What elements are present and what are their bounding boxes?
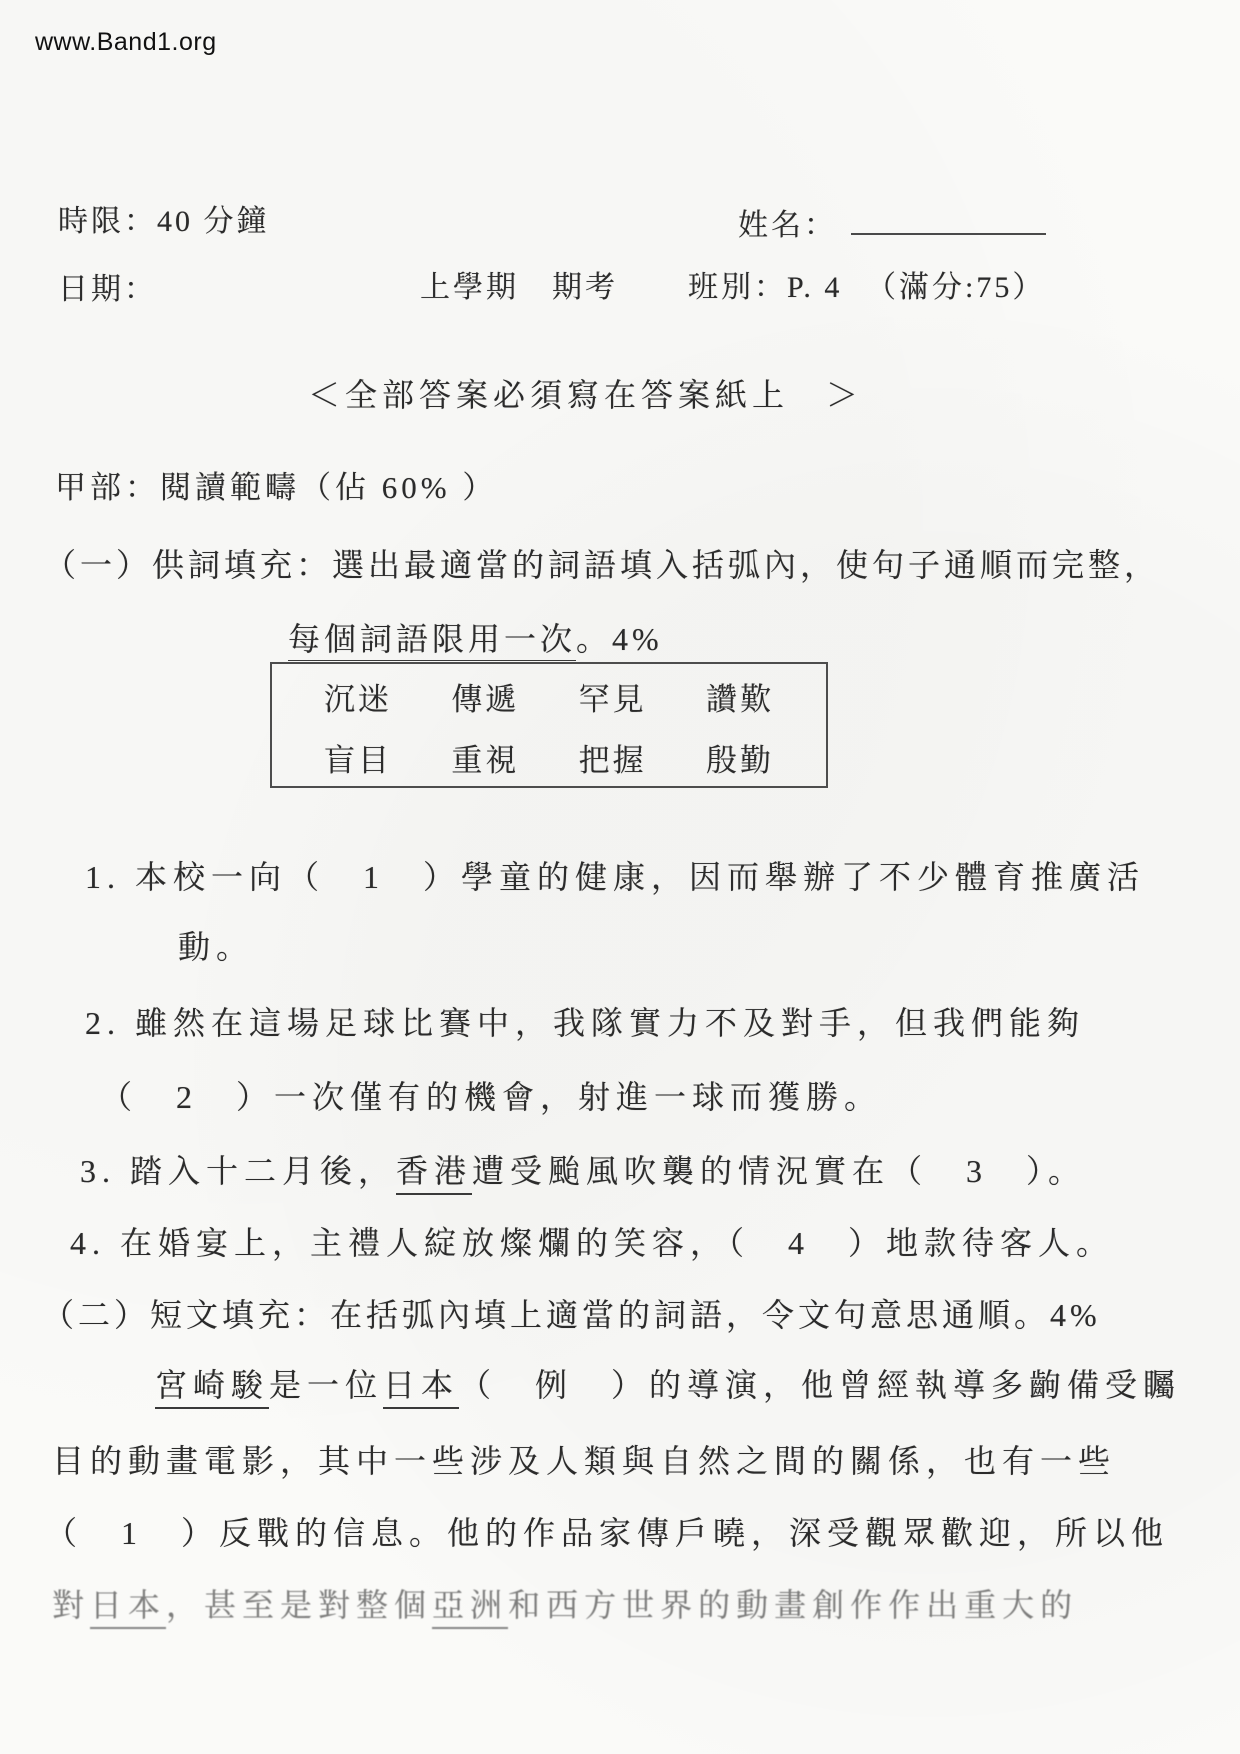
word-bank-word: 殷勤 bbox=[706, 735, 774, 780]
paragraph-text: 對 bbox=[52, 1587, 90, 1623]
part2-paragraph-line-2: 目的動畫電影，其中一些涉及人類與自然之間的關係，也有一些 bbox=[52, 1436, 1116, 1482]
underlined-term: 日本 bbox=[90, 1587, 166, 1629]
word-bank-word: 把握 bbox=[579, 735, 647, 780]
name-blank-line bbox=[851, 203, 1046, 235]
watermark-text: www.Band1.org bbox=[35, 28, 217, 57]
paragraph-text: （ 例 ）的導演，他曾經執導多齣備受矚 bbox=[459, 1367, 1181, 1403]
underlined-term: 日本 bbox=[383, 1367, 459, 1409]
date-label: 日期： bbox=[58, 264, 157, 308]
paragraph-text: ，甚至是對整個 bbox=[166, 1587, 432, 1623]
word-bank-word: 盲目 bbox=[324, 735, 392, 780]
word-bank-word: 罕見 bbox=[579, 674, 647, 719]
question-2-line-2: （ 2 ）一次僅有的機會，射進一球而獲勝。 bbox=[100, 1072, 882, 1118]
question-1-line-1: 1. 本校一向（ 1 ）學童的健康，因而舉辦了不少體育推廣活 bbox=[85, 852, 1145, 898]
paragraph-text: 是一位 bbox=[269, 1367, 383, 1403]
question-3-text: 遭受颱風吹襲的情況實在（ 3 ）。 bbox=[472, 1153, 1086, 1189]
name-field: 姓名： bbox=[738, 200, 1046, 244]
word-bank-row-2: 盲目 重視 把握 殷勤 bbox=[324, 735, 774, 780]
exam-paper-page: www.Band1.org 時限：40 分鐘 姓名： 日期： 上學期 期考 班別… bbox=[0, 0, 1240, 1754]
word-bank-row-1: 沉迷 傳遞 罕見 讚歎 bbox=[324, 674, 774, 719]
question-1-line-2: 動。 bbox=[178, 922, 254, 968]
answer-sheet-notice: ＜全部答案必須寫在答案紙上 ＞ bbox=[308, 370, 863, 416]
part2-instruction: （二）短文填充：在括弧內填上適當的詞語，令文句意思通順。4% bbox=[42, 1290, 1101, 1336]
word-bank-word: 讚歎 bbox=[706, 674, 774, 719]
question-2-line-1: 2. 雖然在這場足球比賽中，我隊實力不及對手，但我們能夠 bbox=[85, 998, 1085, 1044]
part2-paragraph-line-3: （ 1 ）反戰的信息。他的作品家傳戶曉，深受觀眾歡迎，所以他 bbox=[45, 1508, 1169, 1554]
section-a-heading: 甲部：閱讀範疇（佔 60% ） bbox=[55, 462, 497, 507]
word-bank-word: 沉迷 bbox=[324, 674, 392, 719]
time-limit-text: 時限：40 分鐘 bbox=[58, 196, 270, 240]
paragraph-text: 和西方世界的動畫創作作出重大的 bbox=[508, 1587, 1078, 1623]
word-bank-word: 重視 bbox=[451, 735, 519, 780]
part1-instruction: （一）供詞填充：選出最適當的詞語填入括弧內，使句子通順而完整， bbox=[44, 540, 1160, 586]
question-4-line: 4. 在婚宴上，主禮人綻放燦爛的笑容，（ 4 ）地款待客人。 bbox=[70, 1218, 1114, 1264]
part2-paragraph-line-1: 宮崎駿是一位日本（ 例 ）的導演，他曾經執導多齣備受矚 bbox=[155, 1360, 1181, 1406]
term-exam-text: 上學期 期考 bbox=[420, 262, 618, 306]
question-3-text: 3. 踏入十二月後， bbox=[80, 1153, 396, 1189]
question-3-underlined-term: 香港 bbox=[396, 1153, 472, 1195]
part2-paragraph-line-4: 對日本，甚至是對整個亞洲和西方世界的動畫創作作出重大的 bbox=[52, 1580, 1078, 1626]
full-marks-text: （滿分:75） bbox=[866, 262, 1045, 306]
underlined-term: 亞洲 bbox=[432, 1587, 508, 1629]
class-text: 班別：P. 4 bbox=[688, 262, 842, 306]
part1-instruction-underlined: 每個詞語限用一次 bbox=[288, 621, 576, 664]
word-bank-box: 沉迷 傳遞 罕見 讚歎 盲目 重視 把握 殷勤 bbox=[270, 662, 828, 788]
part1-instruction-tail: 。4% bbox=[576, 621, 663, 657]
part1-instruction-line2: 每個詞語限用一次。4% bbox=[288, 614, 663, 660]
question-3-line: 3. 踏入十二月後，香港遭受颱風吹襲的情況實在（ 3 ）。 bbox=[80, 1146, 1086, 1192]
word-bank-word: 傳遞 bbox=[451, 674, 519, 719]
name-label: 姓名： bbox=[738, 209, 837, 242]
underlined-term: 宮崎駿 bbox=[155, 1367, 269, 1409]
